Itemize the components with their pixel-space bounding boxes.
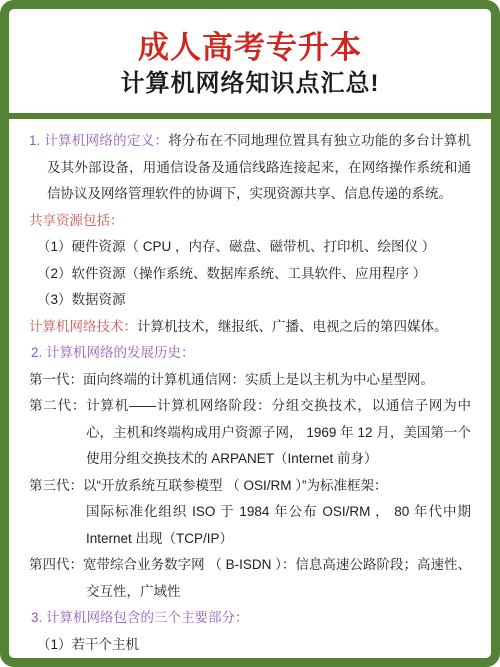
header: 成人高考专升本 计算机网络知识点汇总! bbox=[9, 9, 491, 113]
generation-2-paragraph: 第二代：计算机——计算机网络阶段：分组交换技术，以通信子网为中心，主机和终端构成… bbox=[29, 393, 471, 473]
history-heading: 2. 计算机网络的发展历史： bbox=[31, 340, 471, 367]
generation-2-text: 计算机——计算机网络阶段：分组交换技术，以通信子网为中心，主机和终端构成用户资源… bbox=[86, 398, 471, 466]
generation-4-text: 宽带综合业务数字网 （ B-ISDN ）：信息高速公路阶段；高速性、交互性，广域… bbox=[83, 557, 471, 599]
data-resources-item: （3）数据资源 bbox=[37, 287, 471, 314]
generation-1-paragraph: 第一代：面向终端的计算机通信网：实质上是以主机为中心星型网。 bbox=[29, 367, 471, 394]
page-subtitle: 计算机网络知识点汇总! bbox=[121, 71, 380, 97]
network-tech-text: 计算机技术，继报纸、广播、电视之后的第四媒体。 bbox=[137, 319, 448, 334]
study-notes-poster: 成人高考专升本 计算机网络知识点汇总! 1. 计算机网络的定义：将分布在不同地理… bbox=[0, 0, 500, 667]
generation-3-line1: 以“开放系统互联参模型 （ OSI/RM ）”为标准框架： bbox=[83, 478, 388, 493]
network-tech-heading: 计算机网络技术： bbox=[29, 319, 137, 334]
generation-1-text: 面向终端的计算机通信网：实质上是以主机为中心星型网。 bbox=[83, 372, 434, 387]
generation-3-continuation: 国际标准化组织 ISO 于 1984 年公布 OSI/RM ， 80 年代中期 … bbox=[29, 499, 471, 552]
content-body: 1. 计算机网络的定义：将分布在不同地理位置具有独立功能的多台计算机及其外部设备… bbox=[9, 119, 491, 658]
generation-4-paragraph: 第四代：宽带综合业务数字网 （ B-ISDN ）：信息高速公路阶段；高速性、交互… bbox=[29, 552, 471, 605]
generation-2-label: 第二代： bbox=[29, 398, 86, 413]
three-parts-heading: 3. 计算机网络包含的三个主要部分： bbox=[31, 605, 471, 632]
generation-4-label: 第四代： bbox=[29, 557, 83, 572]
generation-3-paragraph: 第三代：以“开放系统互联参模型 （ OSI/RM ）”为标准框架： bbox=[29, 473, 471, 500]
shared-resources-heading: 共享资源包括： bbox=[29, 208, 471, 235]
hosts-item: （1）若干个主机 bbox=[37, 632, 471, 659]
generation-3-label: 第三代： bbox=[29, 478, 83, 493]
software-resources-item: （2）软件资源（操作系统、数据库系统、工具软件、应用程序 ） bbox=[37, 261, 471, 288]
page-title: 成人高考专升本 bbox=[138, 31, 362, 65]
definition-heading: 1. 计算机网络的定义： bbox=[29, 133, 168, 148]
definition-paragraph: 1. 计算机网络的定义：将分布在不同地理位置具有独立功能的多台计算机及其外部设备… bbox=[29, 128, 471, 208]
generation-1-label: 第一代： bbox=[29, 372, 83, 387]
hardware-resources-item: （1）硬件资源（ CPU ，内存、磁盘、磁带机、打印机、绘图仪 ） bbox=[37, 234, 471, 261]
network-tech-paragraph: 计算机网络技术：计算机技术，继报纸、广播、电视之后的第四媒体。 bbox=[29, 314, 471, 341]
